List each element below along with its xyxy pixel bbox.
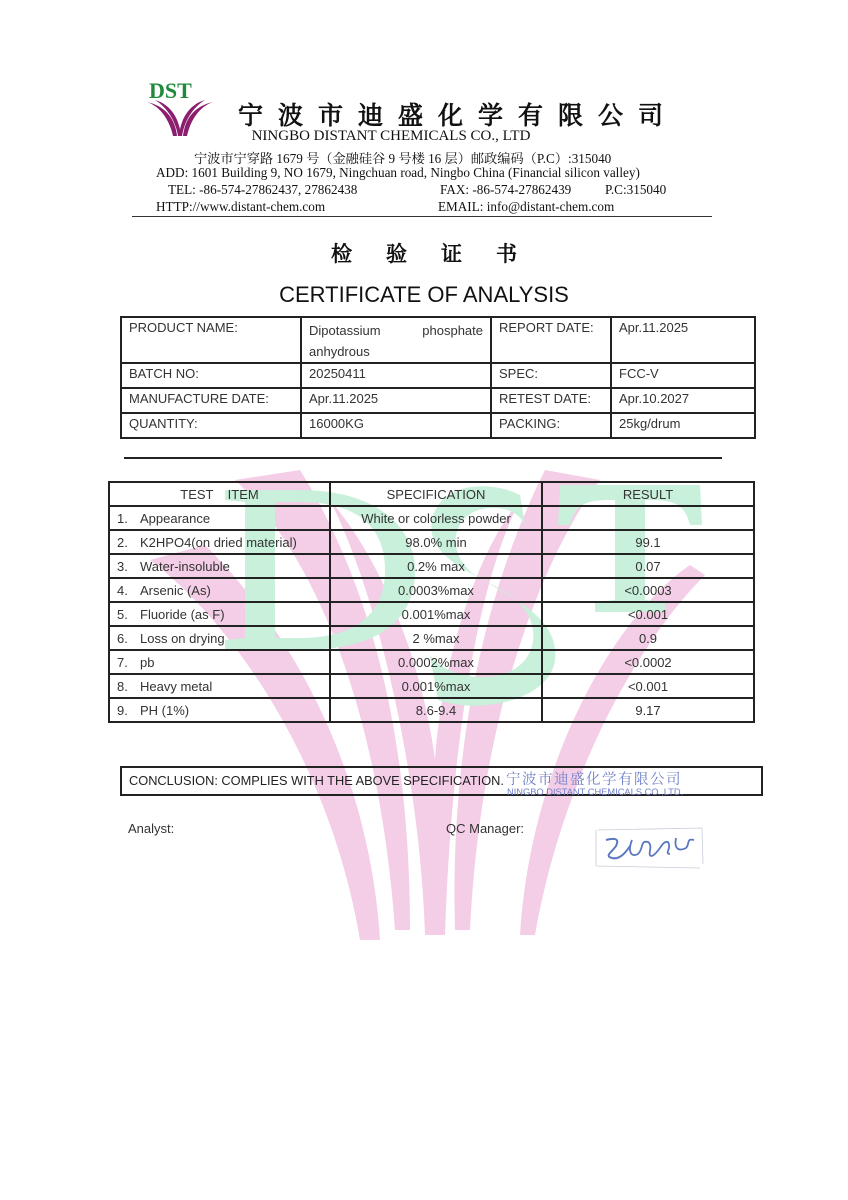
test-specification: 8.6-9.4 [330, 698, 542, 722]
qc-manager-label: QC Manager: [446, 821, 524, 836]
test-specification: 0.0002%max [330, 650, 542, 674]
test-number: 9. [109, 698, 137, 722]
table-row: 5.Fluoride (as F)0.001%max<0.001 [109, 602, 754, 626]
manufacture-date-label: MANUFACTURE DATE: [121, 388, 301, 413]
test-item: Heavy metal [137, 674, 330, 698]
table-row: 8.Heavy metal0.001%max<0.001 [109, 674, 754, 698]
header-divider [132, 216, 712, 217]
company-name-en: NINGBO DISTANT CHEMICALS CO., LTD [236, 128, 546, 145]
quantity-value: 16000KG [301, 413, 491, 438]
test-item: Fluoride (as F) [137, 602, 330, 626]
quantity-label: QUANTITY: [121, 413, 301, 438]
company-stamp-en: NINGBO DISTANT CHEMICALS CO.,LTD. [507, 787, 683, 797]
table-row: 1.AppearanceWhite or colorless powder [109, 506, 754, 530]
table-row: 2.K2HPO4(on dried material)98.0% min99.1 [109, 530, 754, 554]
telephone: TEL: -86-574-27862437, 27862438 [168, 182, 357, 198]
table-row: QUANTITY: 16000KG PACKING: 25kg/drum [121, 413, 755, 438]
packing-label: PACKING: [491, 413, 611, 438]
postcode: P.C:315040 [605, 182, 666, 198]
test-number: 3. [109, 554, 137, 578]
spec-label: SPEC: [491, 363, 611, 388]
test-number: 1. [109, 506, 137, 530]
test-specification: 0.001%max [330, 602, 542, 626]
test-specification: 98.0% min [330, 530, 542, 554]
website-link[interactable]: HTTP://www.distant-chem.com [156, 199, 325, 215]
test-number: 6. [109, 626, 137, 650]
report-date-value: Apr.11.2025 [611, 317, 755, 363]
fax: FAX: -86-574-27862439 [440, 182, 571, 198]
table-row: BATCH NO: 20250411 SPEC: FCC-V [121, 363, 755, 388]
conclusion-text: CONCLUSION: COMPLIES WITH THE ABOVE SPEC… [129, 773, 504, 788]
table-row: 9.PH (1%)8.6-9.49.17 [109, 698, 754, 722]
dst-logo: DST [145, 78, 215, 140]
table-row: 6.Loss on drying2 %max0.9 [109, 626, 754, 650]
batch-no-value: 20250411 [301, 363, 491, 388]
test-item: K2HPO4(on dried material) [137, 530, 330, 554]
test-result: <0.0003 [542, 578, 754, 602]
test-number: 4. [109, 578, 137, 602]
test-result: <0.001 [542, 602, 754, 626]
column-header-test-item: TEST ITEM [109, 482, 330, 506]
spec-value: FCC-V [611, 363, 755, 388]
test-number: 8. [109, 674, 137, 698]
product-info-table: PRODUCT NAME: Dipotassium phosphate anhy… [120, 316, 756, 439]
manufacture-date-value: Apr.11.2025 [301, 388, 491, 413]
test-specification: 0.2% max [330, 554, 542, 578]
retest-date-label: RETEST DATE: [491, 388, 611, 413]
batch-no-label: BATCH NO: [121, 363, 301, 388]
test-number: 2. [109, 530, 137, 554]
test-result: 9.17 [542, 698, 754, 722]
table-row: 4.Arsenic (As)0.0003%max<0.0003 [109, 578, 754, 602]
test-number: 5. [109, 602, 137, 626]
test-item: Arsenic (As) [137, 578, 330, 602]
test-number: 7. [109, 650, 137, 674]
test-results-table: TEST ITEM SPECIFICATION RESULT 1.Appeara… [108, 481, 755, 723]
qc-manager-signature [590, 826, 710, 870]
email-link[interactable]: EMAIL: info@distant-chem.com [438, 199, 614, 215]
column-header-specification: SPECIFICATION [330, 482, 542, 506]
table-row: PRODUCT NAME: Dipotassium phosphate anhy… [121, 317, 755, 363]
test-result: <0.001 [542, 674, 754, 698]
section-divider [124, 457, 722, 459]
address-en: ADD: 1601 Building 9, NO 1679, Ningchuan… [156, 165, 640, 181]
test-item: PH (1%) [137, 698, 330, 722]
product-name-value: Dipotassium phosphate anhydrous [301, 317, 491, 363]
test-result: <0.0002 [542, 650, 754, 674]
test-result: 0.07 [542, 554, 754, 578]
column-header-result: RESULT [542, 482, 754, 506]
product-name-label: PRODUCT NAME: [121, 317, 301, 363]
test-item: Appearance [137, 506, 330, 530]
title-en: CERTIFICATE OF ANALYSIS [0, 282, 848, 308]
test-result [542, 506, 754, 530]
report-date-label: REPORT DATE: [491, 317, 611, 363]
company-name-cn: 宁波市迪盛化学有限公司 [238, 96, 678, 132]
logo-text: DST [149, 78, 192, 103]
retest-date-value: Apr.10.2027 [611, 388, 755, 413]
analyst-label: Analyst: [128, 821, 174, 836]
test-result: 0.9 [542, 626, 754, 650]
test-item: Loss on drying [137, 626, 330, 650]
test-specification: White or colorless powder [330, 506, 542, 530]
test-result: 99.1 [542, 530, 754, 554]
test-item: Water-insoluble [137, 554, 330, 578]
table-row: MANUFACTURE DATE: Apr.11.2025 RETEST DAT… [121, 388, 755, 413]
test-specification: 0.001%max [330, 674, 542, 698]
test-specification: 0.0003%max [330, 578, 542, 602]
company-stamp-cn: 宁波市迪盛化学有限公司 [506, 768, 682, 789]
test-item: pb [137, 650, 330, 674]
table-row: 7.pb0.0002%max<0.0002 [109, 650, 754, 674]
title-cn: 检验证书 [0, 238, 848, 268]
table-row: 3.Water-insoluble0.2% max0.07 [109, 554, 754, 578]
test-specification: 2 %max [330, 626, 542, 650]
table-header-row: TEST ITEM SPECIFICATION RESULT [109, 482, 754, 506]
packing-value: 25kg/drum [611, 413, 755, 438]
